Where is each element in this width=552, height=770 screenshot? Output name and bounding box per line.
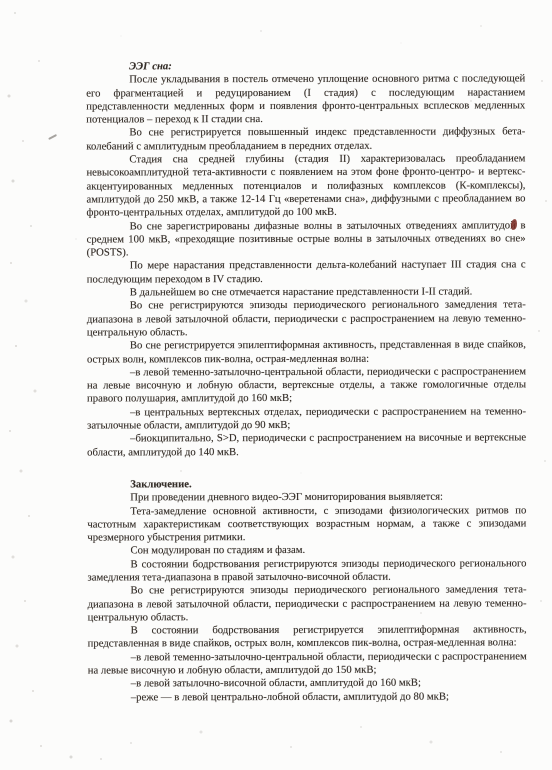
paragraph: Сон модулирован по стадиям и фазам. (87, 544, 526, 558)
list-item-paragraph: –биокципитально, S>D, периодически с рас… (87, 432, 526, 460)
list-item-paragraph: –в центральных вертексных отделах, перио… (87, 405, 526, 433)
list-item-paragraph: –в левой теменно-затылочно-центральной о… (87, 365, 526, 406)
section-heading-eeg-sleep: ЭЭГ сна: (86, 59, 525, 73)
paragraph: В состоянии бодрствования регистрируются… (87, 557, 526, 585)
paragraph: По мере нарастания представленности дель… (87, 259, 526, 287)
paragraph: Во сне зарегистрированы дифазные волны в… (87, 219, 526, 260)
paragraph: Тета-замедление основной активности, с э… (87, 504, 526, 545)
list-item-paragraph: –в левой теменно-затылочно-центральной о… (88, 650, 527, 678)
list-item-paragraph: –в левой затылочно-височной области, амп… (88, 677, 527, 691)
paragraph: Во сне регистрируется повышенный индекс … (86, 126, 525, 154)
paragraph: После укладывания в постель отмечено упл… (86, 73, 525, 127)
paragraph: В дальнейшем во сне отмечается нарастани… (87, 285, 526, 299)
paragraph: Стадия сна средней глубины (стадия II) х… (86, 152, 525, 220)
section-conclusion: Заключение. При проведении дневного виде… (87, 477, 527, 704)
paragraph: Во сне регистрируется эпилептиформная ак… (87, 339, 526, 367)
paragraph: Во сне регистрируются эпизоды периодичес… (87, 299, 526, 340)
list-item-paragraph: –реже — в левой центрально-лобной област… (88, 690, 527, 704)
paragraph: Во сне регистрируются эпизоды периодичес… (88, 584, 527, 625)
section-eeg-sleep: ЭЭГ сна: После укладывания в постель отм… (86, 59, 526, 459)
document-body: ЭЭГ сна: После укладывания в постель отм… (0, 0, 552, 770)
paragraph: При проведении дневного видео-ЭЭГ монито… (87, 491, 526, 505)
scanned-page: { "colors": { "paper": "#fcfcfb", "text"… (0, 0, 552, 770)
section-heading-conclusion: Заключение. (87, 477, 526, 491)
paragraph: В состоянии бодрствования регистрируется… (88, 624, 527, 652)
